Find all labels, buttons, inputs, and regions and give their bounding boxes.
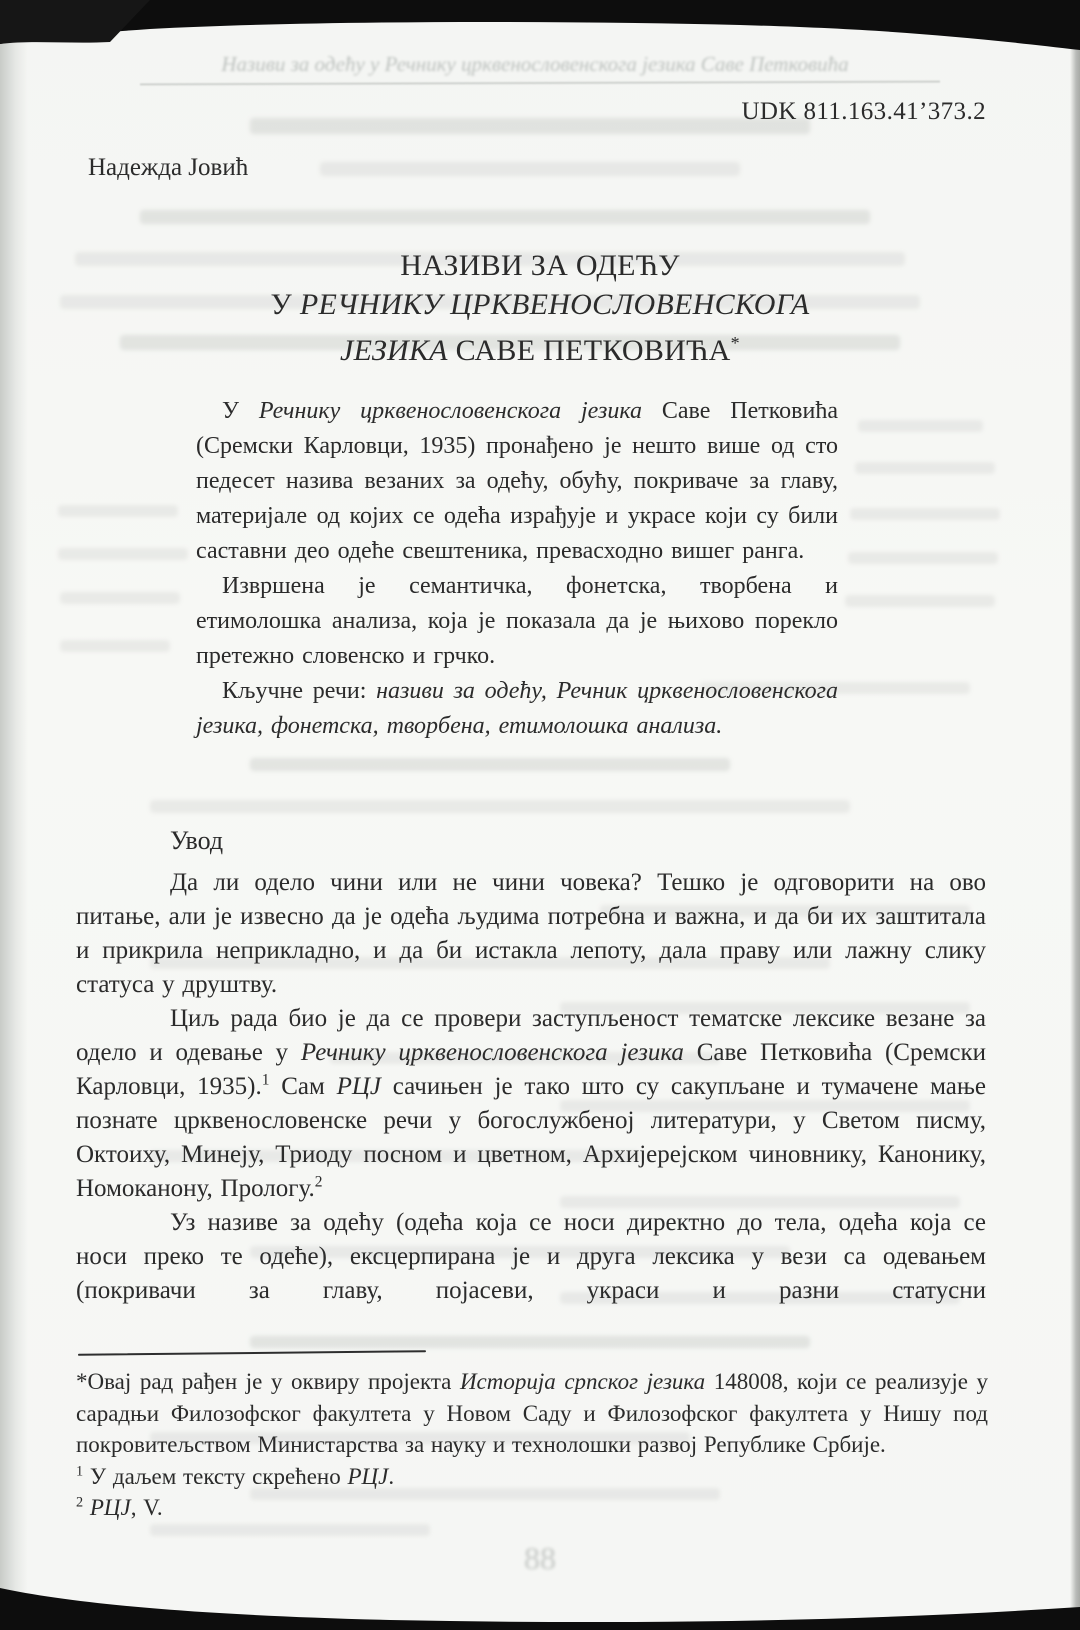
bleedthrough-ghost [848, 552, 998, 564]
article-title-line2: У РЕЧНИКУ ЦРКВЕНОСЛОВЕНСКОГА [40, 285, 1040, 324]
author-name: Надежда Јовић [88, 154, 248, 182]
footnote-2: 2 РЦЈ, V. [76, 1492, 988, 1524]
bleedthrough-ghost [250, 118, 810, 134]
article-title: НАЗИВИ ЗА ОДЕЋУ У РЕЧНИКУ ЦРКВЕНОСЛОВЕНС… [40, 246, 1040, 370]
bleedthrough-ghost [60, 640, 170, 652]
body-text-block: Да ли одело чини или не чини човека? Теш… [76, 866, 986, 1308]
scanned-document-page: Називи за одећу у Речнику црквенословенс… [0, 0, 1080, 1630]
title-footnote-mark: * [731, 333, 740, 353]
bleedthrough-running-header: Називи за одећу у Речнику црквенословенс… [150, 52, 920, 77]
page-left-edge-shadow [0, 0, 28, 1630]
bleedthrough-ghost [60, 592, 180, 604]
footnote-star: *Овај рад рађен је у оквиру пројекта Ист… [76, 1366, 988, 1461]
article-title-line1: НАЗИВИ ЗА ОДЕЋУ [40, 246, 1040, 285]
bleedthrough-ghost [845, 595, 995, 607]
footnote-1: 1 У даљем тексту скрећено РЦЈ. [76, 1461, 988, 1493]
bleedthrough-header-rule [140, 81, 940, 86]
bleedthrough-ghost [250, 758, 730, 771]
bleedthrough-ghost [150, 800, 850, 813]
keywords-label: Кључне речи: [222, 678, 376, 704]
footnote-ref-2: 2 [315, 1174, 323, 1191]
footnote-separator-rule [78, 1350, 426, 1356]
bleedthrough-ghost [250, 1336, 810, 1348]
keywords-paragraph: Кључне речи: називи за одећу, Речник црк… [196, 674, 838, 744]
page-number: 88 [0, 1540, 1080, 1577]
bleedthrough-ghost [858, 420, 983, 432]
bleedthrough-ghost [150, 1524, 430, 1536]
bleedthrough-ghost [58, 548, 188, 560]
abstract-block: У Речнику црквенословенскога језика Саве… [196, 394, 838, 744]
bleedthrough-ghost [320, 162, 740, 176]
article-title-line3: ЈЕЗИКА САВЕ ПЕТКОВИЋА* [40, 324, 1040, 370]
page-right-edge-shadow [1070, 0, 1080, 1630]
body-paragraph-3: Уз називе за одећу (одећа која се носи д… [76, 1206, 986, 1308]
footnotes-block: *Овај рад рађен је у оквиру пројекта Ист… [76, 1366, 988, 1524]
bleedthrough-ghost [855, 462, 995, 474]
section-heading-uvod: Увод [170, 826, 223, 856]
abstract-paragraph-2: Извршена је семантичка, фонетска, творбе… [196, 569, 838, 674]
body-paragraph-1: Да ли одело чини или не чини човека? Теш… [76, 866, 986, 1002]
body-paragraph-2: Циљ рада био је да се провери заступљено… [76, 1002, 986, 1206]
udk-classification: UDK 811.163.41’373.2 [741, 98, 986, 126]
abstract-paragraph-1: У Речнику црквенословенскога језика Саве… [196, 394, 838, 569]
bleedthrough-ghost [58, 505, 178, 517]
bleedthrough-ghost [850, 508, 1000, 520]
bleedthrough-ghost [140, 210, 870, 224]
